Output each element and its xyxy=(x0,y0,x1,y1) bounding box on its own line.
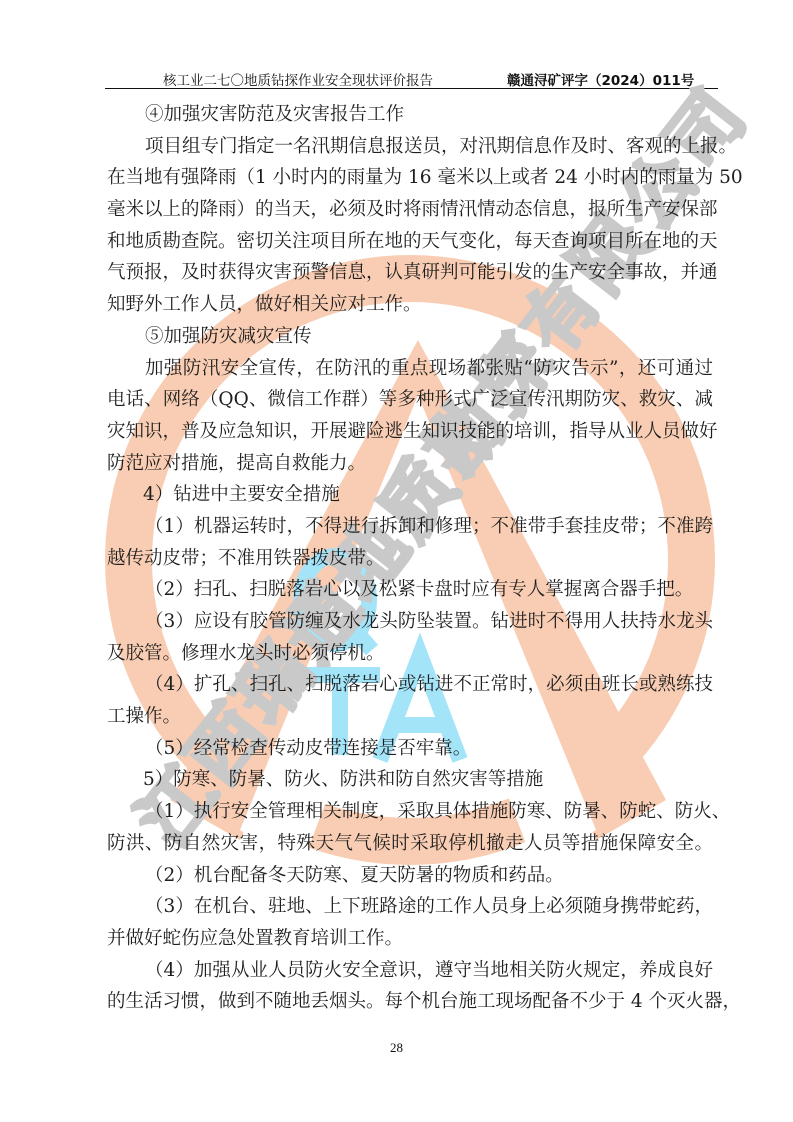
page-number: 28 xyxy=(0,1040,793,1056)
list-item: （1）机器运转时，不得进行拆卸和修理；不准带手套挂皮带；不准跨 xyxy=(107,511,713,543)
section-heading-disaster-publicity: ⑤加强防灾减灾宣传 xyxy=(107,321,713,353)
list-item: （2）机台配备冬天防寒、夏天防暑的物质和药品。 xyxy=(107,860,713,892)
list-item: （4）扩孔、扫孔、扫脱落岩心或钻进不正常时，必须由班长或熟练技 xyxy=(107,669,713,701)
section-heading-drilling-safety: 4）钻进中主要安全措施 xyxy=(107,479,713,511)
paragraph-line: 电话、网络（QQ、微信工作群）等多种形式广泛宣传汛期防灾、救灾、减 xyxy=(107,384,713,416)
paragraph-line: 项目组专门指定一名汛期信息报送员，对汛期信息作及时、客观的上报。 xyxy=(107,131,713,163)
list-item: （3）在机台、驻地、上下班路途的工作人员身上必须随身携带蛇药， xyxy=(107,891,713,923)
paragraph-line: 气预报，及时获得灾害预警信息，认真研判可能引发的生产安全事故，并通 xyxy=(107,257,713,289)
list-item-continuation: 工操作。 xyxy=(107,701,713,733)
list-item-continuation: 及胶管。修理水龙头时必须停机。 xyxy=(107,638,713,670)
list-item: （1）执行安全管理相关制度，采取具体措施防寒、防暑、防蛇、防火、 xyxy=(107,796,713,828)
list-item: （5）经常检查传动皮带连接是否牢靠。 xyxy=(107,733,713,765)
list-item: （3）应设有胶管防缠及水龙头防坠装置。钻进时不得用人扶持水龙头 xyxy=(107,606,713,638)
paragraph-line: 灾知识，普及应急知识，开展避险逃生知识技能的培训，指导从业人员做好 xyxy=(107,416,713,448)
document-page: 核工业二七〇地质钻探作业安全现状评价报告 赣通浔矿评字（2024）011号 xyxy=(0,0,793,1122)
paragraph-line: 加强防汛安全宣传，在防汛的重点现场都张贴“防灾告示”，还可通过 xyxy=(107,353,713,385)
paragraph-line: 和地质勘查院。密切关注项目所在地的天气变化，每天查询项目所在地的天 xyxy=(107,226,713,258)
report-title: 核工业二七〇地质钻探作业安全现状评价报告 xyxy=(163,69,433,89)
list-item-continuation: 越传动皮带；不准用铁器拨皮带。 xyxy=(107,543,713,575)
list-item-continuation: 并做好蛇伤应急处置教育培训工作。 xyxy=(107,923,713,955)
list-item-continuation: 的生活习惯，做到不随地丢烟头。每个机台施工现场配备不少于 4 个灭火器， xyxy=(107,986,713,1018)
list-item: （4）加强从业人员防火安全意识，遵守当地相关防火规定，养成良好 xyxy=(107,955,713,987)
report-reference-number: 赣通浔矿评字（2024）011号 xyxy=(507,69,694,89)
page-header: 核工业二七〇地质钻探作业安全现状评价报告 赣通浔矿评字（2024）011号 xyxy=(105,66,718,89)
paragraph-line: 知野外工作人员，做好相关应对工作。 xyxy=(107,289,713,321)
document-body: ④加强灾害防范及灾害报告工作 项目组专门指定一名汛期信息报送员，对汛期信息作及时… xyxy=(107,99,713,1018)
section-heading-disaster-prevention: ④加强灾害防范及灾害报告工作 xyxy=(107,99,713,131)
list-item: （2）扫孔、扫脱落岩心以及松紧卡盘时应有专人掌握离合器手把。 xyxy=(107,574,713,606)
paragraph-line: 在当地有强降雨（1 小时内的雨量为 16 毫米以上或者 24 小时内的雨量为 5… xyxy=(107,162,713,194)
paragraph-line: 毫米以上的降雨）的当天，必须及时将雨情汛情动态信息，报所生产安保部 xyxy=(107,194,713,226)
list-item-continuation: 防洪、防自然灾害，特殊天气气候时采取停机撤走人员等措施保障安全。 xyxy=(107,828,713,860)
paragraph-line: 防范应对措施，提高自救能力。 xyxy=(107,448,713,480)
section-heading-weather-measures: 5）防寒、防暑、防火、防洪和防自然灾害等措施 xyxy=(107,764,713,796)
